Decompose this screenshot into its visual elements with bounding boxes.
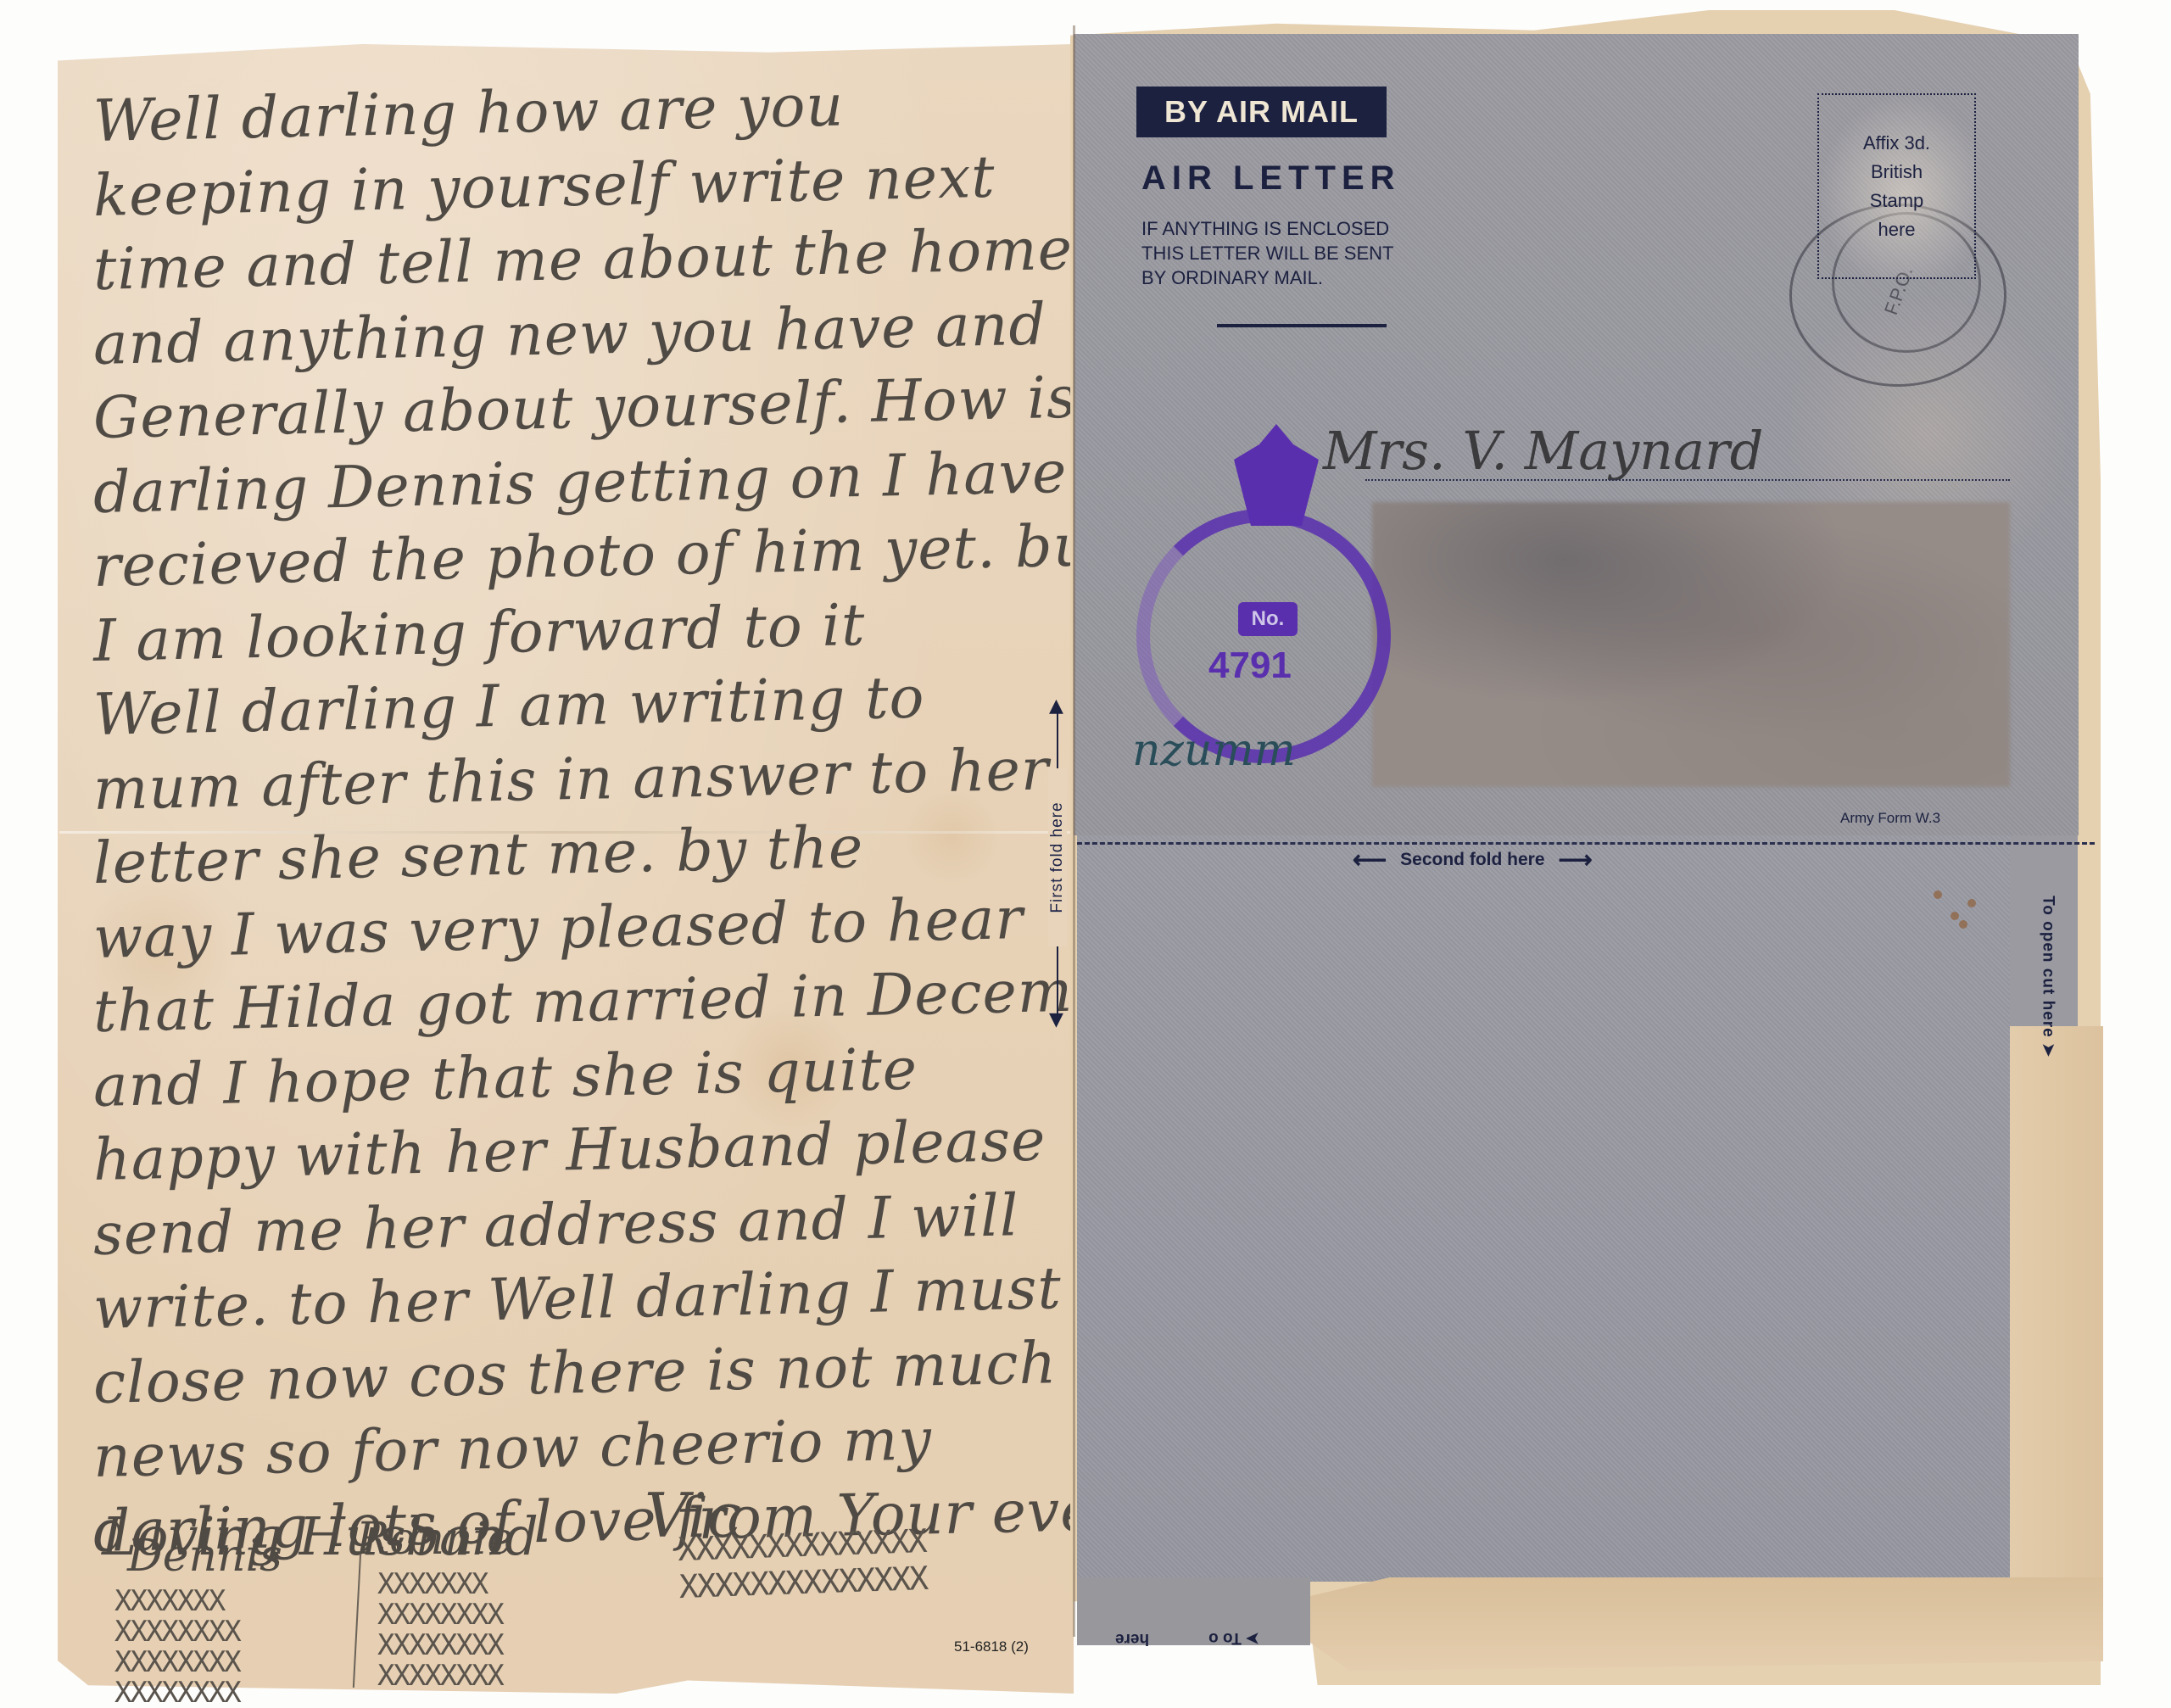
stamp-box-line: British <box>1871 158 1923 187</box>
inverted-text: To o <box>1208 1629 1242 1647</box>
open-cut-inverted: ➤ To o here <box>1115 1628 1259 1648</box>
header-rule <box>1217 324 1387 327</box>
stamp-box: Affix 3d. British Stamp here <box>1817 93 1976 279</box>
notice-line: THIS LETTER WILL BE SENT <box>1141 241 1393 265</box>
arrow-down-icon: ▼ <box>1049 1009 1063 1030</box>
fold-crease-vertical <box>1073 25 1075 1637</box>
stamp-box-line: Affix 3d. <box>1863 129 1930 158</box>
air-letter-title: AIR LETTER <box>1141 159 1401 198</box>
notice-line: BY ORDINARY MAIL. <box>1141 265 1393 290</box>
kisses-row: XXXXXXXX <box>114 1647 240 1677</box>
torn-edge-bottom <box>1310 1577 2103 1671</box>
air-mail-badge: BY AIR MAIL <box>1136 87 1387 137</box>
kisses-row: XXXXXXX <box>114 1586 240 1616</box>
back-panel <box>1077 835 2014 1582</box>
arrow-icon: ➤ To o <box>1208 1628 1259 1648</box>
kisses-row: XXXXXXXX <box>377 1599 503 1630</box>
inverted-text: here <box>1115 1628 1149 1648</box>
kisses-row: XXXXXXXX <box>114 1677 240 1708</box>
kisses-dennis: XXXXXXX XXXXXXXX XXXXXXXX XXXXXXXX <box>114 1586 240 1708</box>
enclosure-notice: IF ANYTHING IS ENCLOSED THIS LETTER WILL… <box>1141 216 1393 290</box>
censor-signature: nzumm <box>1132 725 1296 776</box>
kisses-ronnie: XXXXXXX XXXXXXXX XXXXXXXX XXXXXXXX <box>377 1569 503 1691</box>
army-form-code: Army Form W.3 <box>1840 810 1940 827</box>
second-fold-label: ⟵ Second fold here ⟶ <box>1353 848 1593 872</box>
form-code: 51-6818 (2) <box>954 1638 1029 1655</box>
stamp-box-line: here <box>1878 215 1915 244</box>
arrow-left-icon: ⟵ <box>1353 848 1387 872</box>
child-name-ronnie: Ronnie <box>356 1514 513 1565</box>
first-fold-marker: ▲ ▼ First fold here <box>1045 704 1070 1018</box>
open-cut-text: To open cut here <box>2040 896 2057 1038</box>
notice-line: IF ANYTHING IS ENCLOSED <box>1141 216 1393 241</box>
torn-edge-right <box>2010 1026 2103 1577</box>
letter-body: Well darling how are youkeeping in yours… <box>93 85 1069 1569</box>
kisses-main: XXXXXXXXXXXXXX XXXXXXXXXXXXXX <box>678 1522 928 1605</box>
arrow-right-icon: ⟶ <box>1559 848 1593 872</box>
address-dotted-line <box>1365 479 2010 481</box>
arrow-up-icon: ▲ <box>1049 695 1063 717</box>
addressee-name: Mrs. V. Maynard <box>1323 420 1763 482</box>
first-fold-label: First fold here <box>1048 768 1067 946</box>
child-name-dennis: Dennis <box>127 1531 282 1582</box>
stamp-box-line: Stamp <box>1870 187 1924 215</box>
second-fold-line <box>1077 842 2095 845</box>
kisses-row: XXXXXXXX <box>114 1616 240 1647</box>
arrow-down-icon: ➤ <box>2040 1043 2057 1058</box>
kisses-row: XXXXXXXX <box>377 1661 503 1691</box>
open-cut-label: To open cut here ➤ <box>2039 875 2058 1079</box>
second-fold-text: Second fold here <box>1400 850 1544 870</box>
redacted-address <box>1372 502 2010 787</box>
kisses-row: XXXXXXX <box>377 1569 503 1599</box>
kisses-row: XXXXXXXX <box>377 1630 503 1661</box>
censor-number: 4791 <box>1208 645 1292 687</box>
censor-no-label: No. <box>1238 602 1298 636</box>
